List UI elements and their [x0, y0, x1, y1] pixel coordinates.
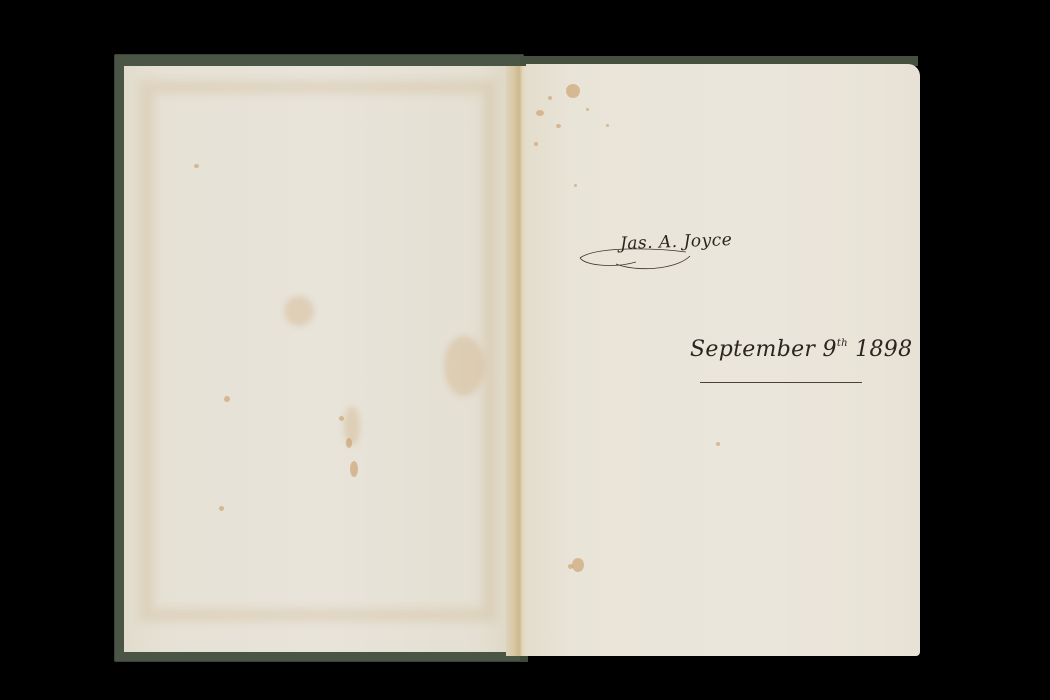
stain-spot	[572, 558, 584, 572]
stain-spot	[536, 110, 544, 116]
stain-spot	[224, 396, 230, 402]
date-underline	[700, 382, 862, 383]
date-year: 1898	[855, 337, 912, 362]
stain-spot	[556, 124, 561, 128]
inscription-date: September 9th 1898	[690, 337, 912, 362]
stain-spot	[548, 96, 552, 100]
stain-spot	[350, 461, 358, 477]
stain	[444, 336, 484, 396]
stain-spot	[534, 142, 538, 146]
stain-spot	[219, 506, 224, 511]
date-month-day: September 9	[690, 337, 837, 362]
stain-spot	[194, 164, 199, 168]
stain	[284, 296, 314, 326]
stain-spot	[568, 564, 573, 569]
stain-spot	[606, 124, 609, 127]
book-photograph: Jas. A. Joyce September 9th 1898	[0, 0, 1050, 700]
left-pastedown-page	[124, 66, 520, 652]
owner-signature: Jas. A. Joyce	[620, 230, 733, 254]
stain-spot	[346, 438, 352, 448]
foxing-border-stain	[140, 80, 496, 622]
stain-spot	[716, 442, 720, 446]
stain-spot	[566, 84, 580, 98]
stain-spot	[339, 416, 344, 421]
stain-spot	[574, 184, 577, 187]
date-ordinal: th	[837, 338, 848, 349]
stain-spot	[586, 108, 589, 111]
